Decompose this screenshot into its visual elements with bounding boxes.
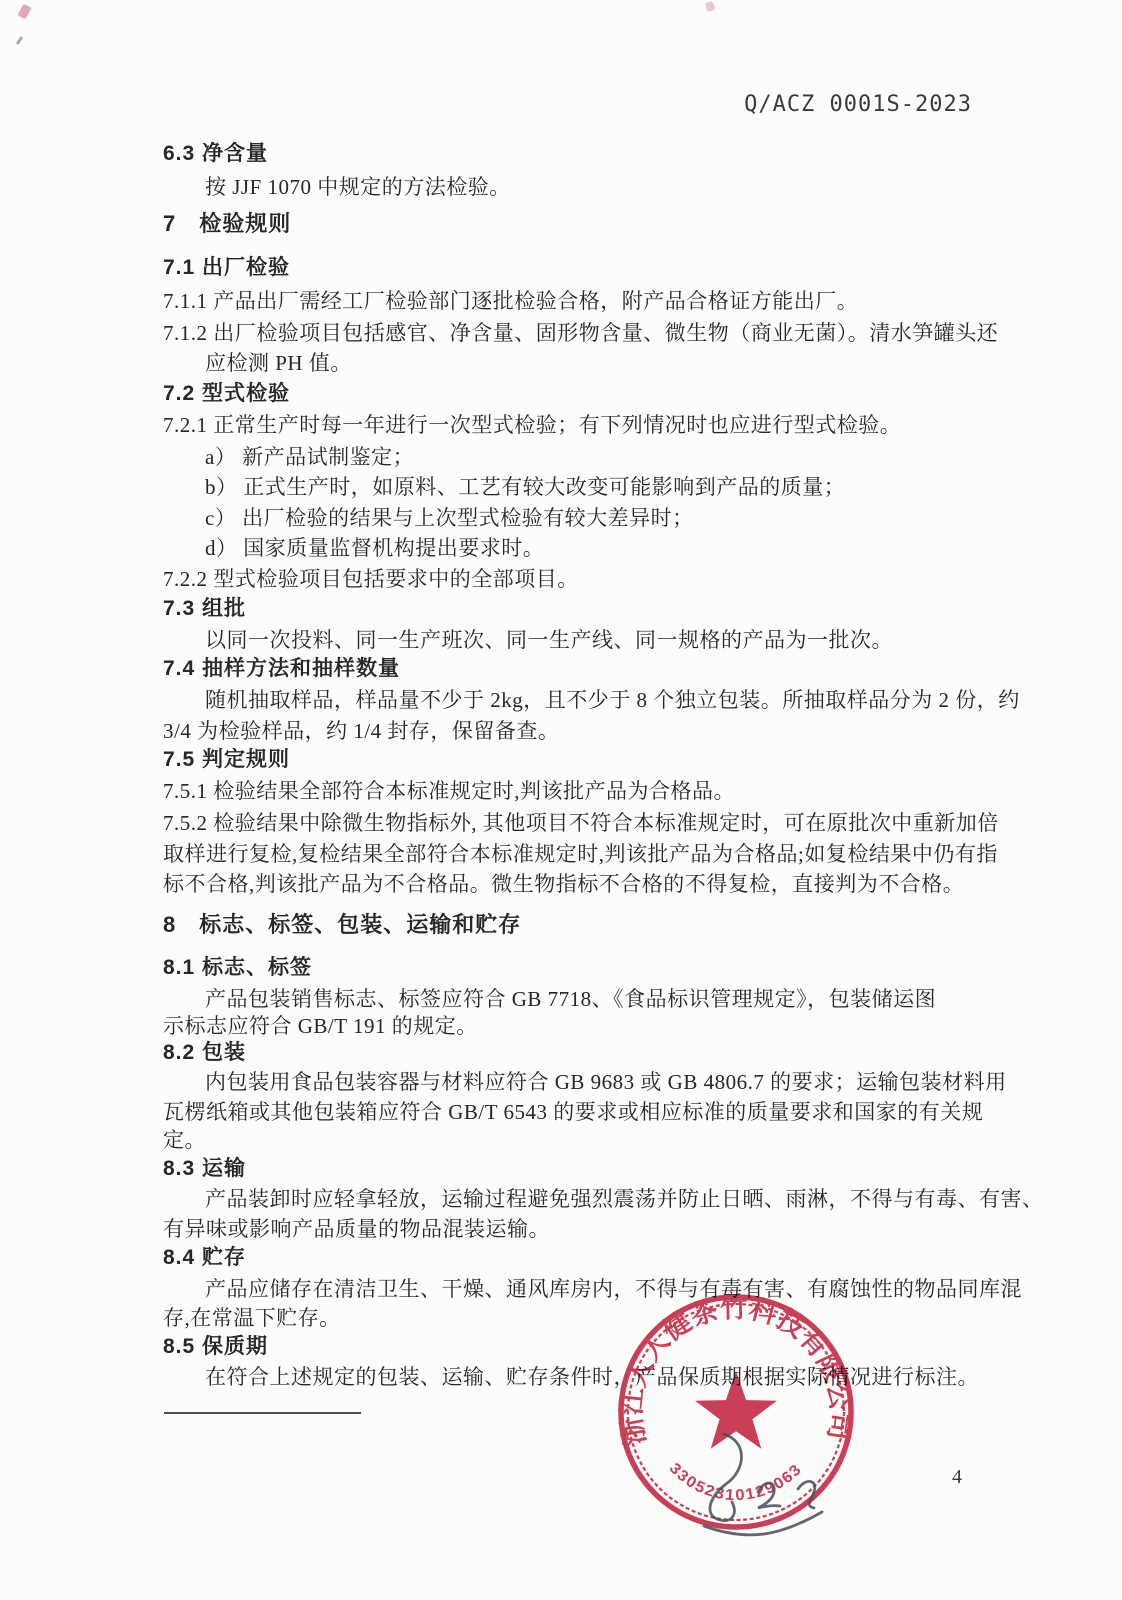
- doc-line: 7.5.1 检验结果全部符合本标准规定时,判该批产品为合格品。: [163, 778, 735, 804]
- section-heading-7-2: 7.2 型式检验: [163, 381, 290, 407]
- seal-serial-number: 33052310129063: [666, 1460, 806, 1504]
- doc-line: 7.5.2 检验结果中除微生物指标外, 其他项目不符合本标准规定时，可在原批次中…: [163, 810, 999, 836]
- section-heading-8-5: 8.5 保质期: [163, 1334, 268, 1360]
- ink-speck: [17, 4, 31, 20]
- section-heading-8-4: 8.4 贮存: [163, 1245, 246, 1271]
- doc-line: 7.1.2 出厂检验项目包括感官、净含量、固形物含量、微生物（商业无菌）。清水笋…: [163, 320, 998, 346]
- doc-line: 应检测 PH 值。: [205, 350, 352, 376]
- doc-line: 以同一次投料、同一生产班次、同一生产线、同一规格的产品为一批次。: [205, 627, 893, 653]
- page-number: 4: [952, 1466, 962, 1489]
- section-heading-6-3: 6.3 净含量: [163, 141, 268, 167]
- doc-line: 存,在常温下贮存。: [163, 1305, 341, 1331]
- doc-line: 3/4 为检验样品，约 1/4 封存，保留备查。: [163, 718, 559, 744]
- section-heading-8-3: 8.3 运输: [163, 1156, 246, 1182]
- doc-line: 产品包装销售标志、标签应符合 GB 7718、《食品标识管理规定》，包装储运图: [205, 986, 936, 1012]
- list-item-a: a） 新产品试制鉴定；: [205, 444, 414, 470]
- section-heading-8: 8 标志、标签、包装、运输和贮存: [163, 912, 521, 938]
- document-page: Q/ACZ 0001S-2023 6.3 净含量 按 JJF 1070 中规定的…: [0, 0, 1122, 1600]
- section-heading-7-5: 7.5 判定规则: [163, 747, 290, 773]
- doc-line: 示标志应符合 GB/T 191 的规定。: [163, 1013, 478, 1039]
- doc-line: 瓦楞纸箱或其他包装箱应符合 GB/T 6543 的要求或相应标准的质量要求和国家…: [163, 1099, 983, 1125]
- company-seal: 浙江人人健茶竹科技有限公司 33052310129063: [608, 1284, 868, 1544]
- seal-star: [695, 1371, 777, 1449]
- standard-code: Q/ACZ 0001S-2023: [744, 92, 972, 117]
- doc-line: 内包装用食品包装容器与材料应符合 GB 9683 或 GB 4806.7 的要求…: [205, 1069, 1007, 1095]
- doc-line: 随机抽取样品，样品量不少于 2kg，且不少于 8 个独立包装。所抽取样品分为 2…: [205, 687, 1020, 713]
- doc-line: 按 JJF 1070 中规定的方法检验。: [205, 174, 511, 200]
- handwritten-signature: [704, 1434, 822, 1535]
- footnote-rule: [164, 1412, 361, 1414]
- section-heading-7: 7 检验规则: [163, 211, 291, 237]
- list-item-d: d） 国家质量监督机构提出要求时。: [205, 535, 544, 561]
- ink-speck: [16, 36, 24, 45]
- doc-line: 取样进行复检,复检结果全部符合本标准规定时,判该批产品为合格品;如复检结果中仍有…: [163, 841, 998, 867]
- section-heading-7-3: 7.3 组批: [163, 596, 246, 622]
- doc-line: 有异味或影响产品质量的物品混装运输。: [163, 1216, 550, 1242]
- list-item-b: b） 正式生产时，如原料、工艺有较大改变可能影响到产品的质量；: [205, 474, 845, 500]
- doc-line: 标不合格,判该批产品为不合格品。微生物指标不合格的不得复检，直接判为不合格。: [163, 871, 964, 897]
- section-heading-8-2: 8.2 包装: [163, 1040, 246, 1066]
- doc-line: 7.1.1 产品出厂需经工厂检验部门逐批检验合格，附产品合格证方能出厂。: [163, 288, 858, 314]
- list-item-c: c） 出厂检验的结果与上次型式检验有较大差异时；: [205, 505, 694, 531]
- doc-line: 7.2.2 型式检验项目包括要求中的全部项目。: [163, 566, 579, 592]
- section-heading-8-1: 8.1 标志、标签: [163, 955, 312, 981]
- doc-line: 定。: [163, 1127, 206, 1153]
- doc-line: 7.2.1 正常生产时每一年进行一次型式检验；有下列情况时也应进行型式检验。: [163, 412, 901, 438]
- section-heading-7-1: 7.1 出厂检验: [163, 255, 290, 281]
- section-heading-7-4: 7.4 抽样方法和抽样数量: [163, 656, 400, 682]
- doc-line: 产品装卸时应轻拿轻放，运输过程避免强烈震荡并防止日晒、雨淋，不得与有毒、有害、: [205, 1186, 1044, 1212]
- ink-speck: [705, 1, 715, 12]
